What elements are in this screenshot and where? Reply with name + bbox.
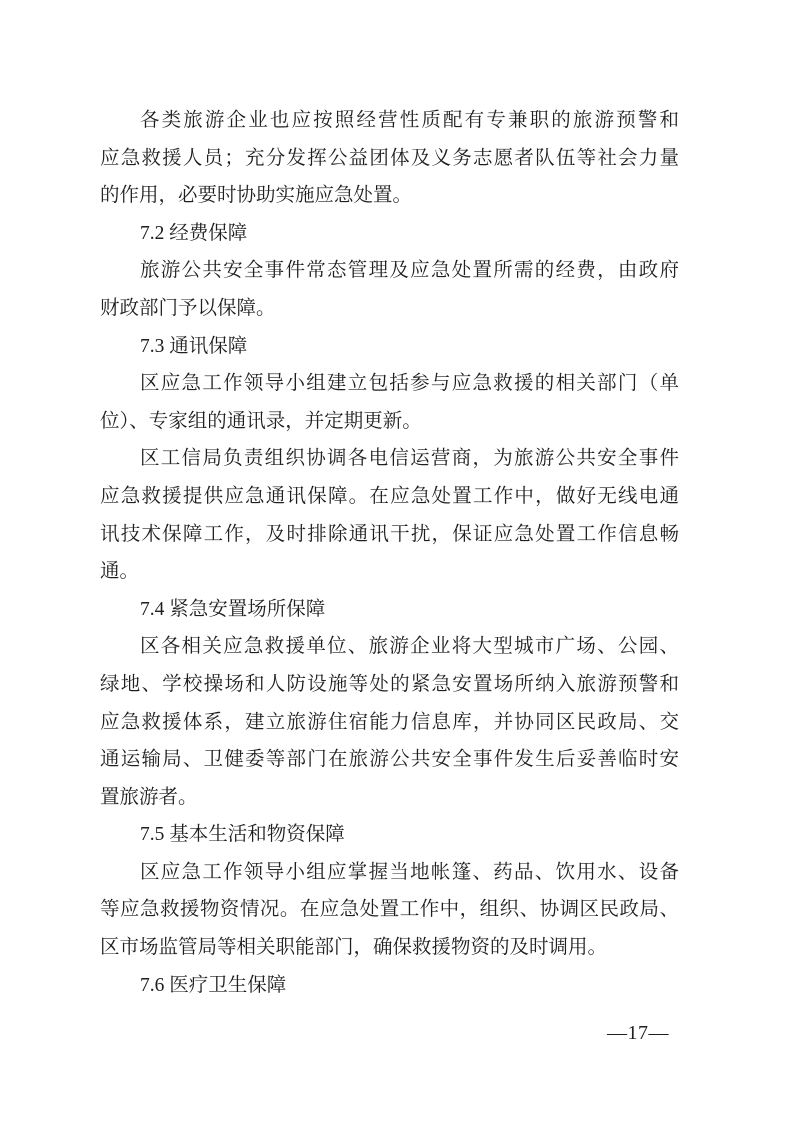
paragraph-line: 的作用，必要时协助实施应急处置。 — [100, 177, 679, 215]
section-heading-7-4: 7.4 紧急安置场所保障 — [100, 591, 679, 629]
paragraph-line: 区工信局负责组织协调各电信运营商，为旅游公共安全事件 — [100, 440, 679, 478]
paragraph-line: 置旅游者。 — [100, 779, 679, 817]
paragraph-line: 区应急工作领导小组建立包括参与应急救援的相关部门（单 — [100, 365, 679, 403]
section-heading-7-6: 7.6 医疗卫生保障 — [100, 967, 679, 1005]
section-heading-7-5: 7.5 基本生活和物资保障 — [100, 816, 679, 854]
paragraph-line: 旅游公共安全事件常态管理及应急处置所需的经费，由政府 — [100, 252, 679, 290]
paragraph-line: 应急救援人员；充分发挥公益团体及义务志愿者队伍等社会力量 — [100, 140, 679, 178]
paragraph-line: 应急救援体系，建立旅游住宿能力信息库，并协同区民政局、交 — [100, 704, 679, 742]
paragraph-line: 应急救援提供应急通讯保障。在应急处置工作中，做好无线电通 — [100, 478, 679, 516]
section-heading-7-3: 7.3 通讯保障 — [100, 328, 679, 366]
document-page: 各类旅游企业也应按照经营性质配有专兼职的旅游预警和 应急救援人员；充分发挥公益团… — [0, 0, 793, 1125]
paragraph-line: 位）、专家组的通讯录，并定期更新。 — [100, 403, 679, 441]
paragraph-line: 区应急工作领导小组应掌握当地帐篷、药品、饮用水、设备 — [100, 854, 679, 892]
paragraph-line: 各类旅游企业也应按照经营性质配有专兼职的旅游预警和 — [100, 102, 679, 140]
paragraph-line: 通。 — [100, 553, 679, 591]
paragraph-line: 财政部门予以保障。 — [100, 290, 679, 328]
paragraph-line: 区市场监管局等相关职能部门，确保救援物资的及时调用。 — [100, 929, 679, 967]
page-number: —17— — [596, 1018, 680, 1048]
paragraph-line: 绿地、学校操场和人防设施等处的紧急安置场所纳入旅游预警和 — [100, 666, 679, 704]
document-body: 各类旅游企业也应按照经营性质配有专兼职的旅游预警和 应急救援人员；充分发挥公益团… — [100, 102, 679, 1004]
section-heading-7-2: 7.2 经费保障 — [100, 215, 679, 253]
paragraph-line: 通运输局、卫健委等部门在旅游公共安全事件发生后妥善临时安 — [100, 741, 679, 779]
paragraph-line: 讯技术保障工作，及时排除通讯干扰，保证应急处置工作信息畅 — [100, 516, 679, 554]
paragraph-line: 区各相关应急救援单位、旅游企业将大型城市广场、公园、 — [100, 628, 679, 666]
paragraph-line: 等应急救援物资情况。在应急处置工作中，组织、协调区民政局、 — [100, 891, 679, 929]
